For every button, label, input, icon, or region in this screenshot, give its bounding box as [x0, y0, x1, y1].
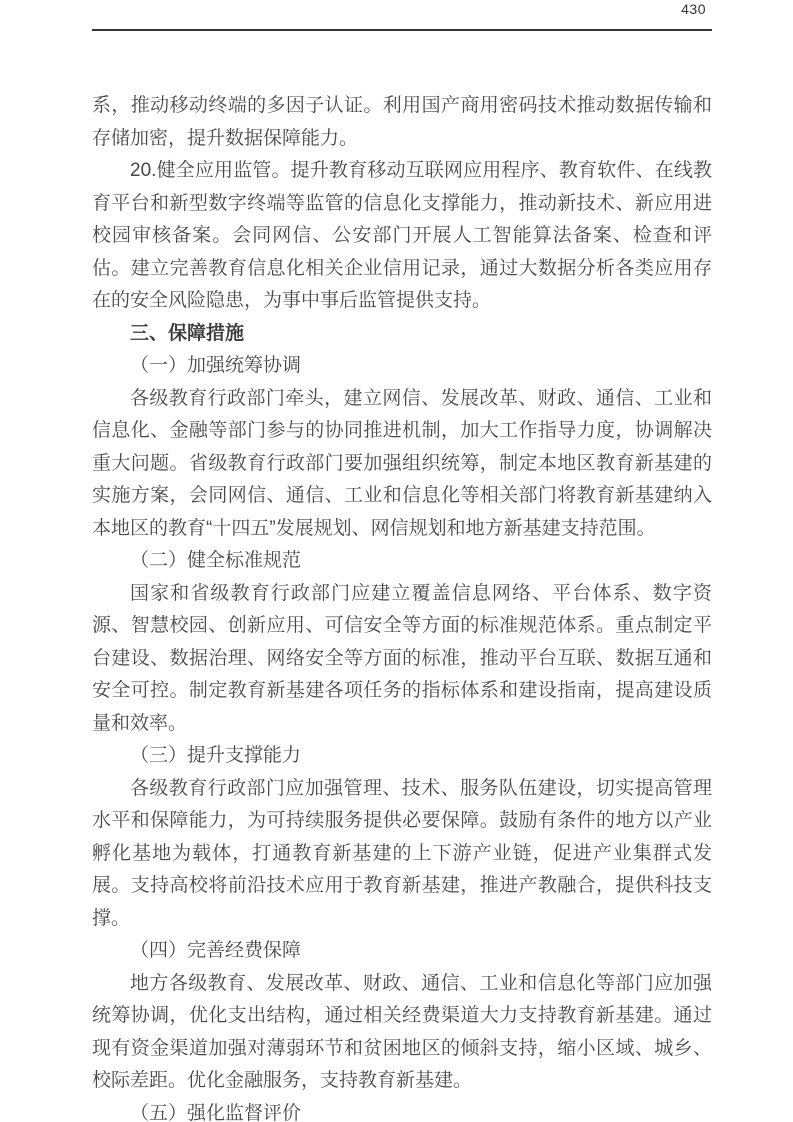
- subsection-heading-2: （二）健全标准规范: [92, 545, 712, 578]
- subsection-heading-3: （三）提升支撑能力: [92, 740, 712, 773]
- subsection-heading-4: （四）完善经费保障: [92, 935, 712, 968]
- paragraph-standards: 国家和省级教育行政部门应建立覆盖信息网络、平台体系、数字资源、智慧校园、创新应用…: [92, 578, 712, 741]
- paragraph-support-capacity: 各级教育行政部门应加强管理、技术、服务队伍建设，切实提高管理水平和保障能力，为可…: [92, 773, 712, 936]
- paragraph-funding: 地方各级教育、发展改革、财政、通信、工业和信息化等部门应加强统筹协调，优化支出结…: [92, 968, 712, 1098]
- paragraph-application-supervision: 20.健全应用监管。提升教育移动互联网应用程序、教育软件、在线教育平台和新型数字…: [92, 155, 712, 318]
- page-number: 430: [92, 1, 706, 17]
- document-body: 系，推动移动终端的多因子认证。利用国产商用密码技术推动数据传输和存储加密，提升数…: [92, 90, 712, 1122]
- header-rule: [92, 29, 712, 31]
- section-heading-safeguard-measures: 三、保障措施: [92, 318, 712, 351]
- subsection-heading-1: （一）加强统筹协调: [92, 350, 712, 383]
- subsection-heading-5: （五）强化监督评价: [92, 1098, 712, 1122]
- paragraph-coordination: 各级教育行政部门牵头，建立网信、发展改革、财政、通信、工业和信息化、金融等部门参…: [92, 383, 712, 546]
- paragraph-continuation: 系，推动移动终端的多因子认证。利用国产商用密码技术推动数据传输和存储加密，提升数…: [92, 90, 712, 155]
